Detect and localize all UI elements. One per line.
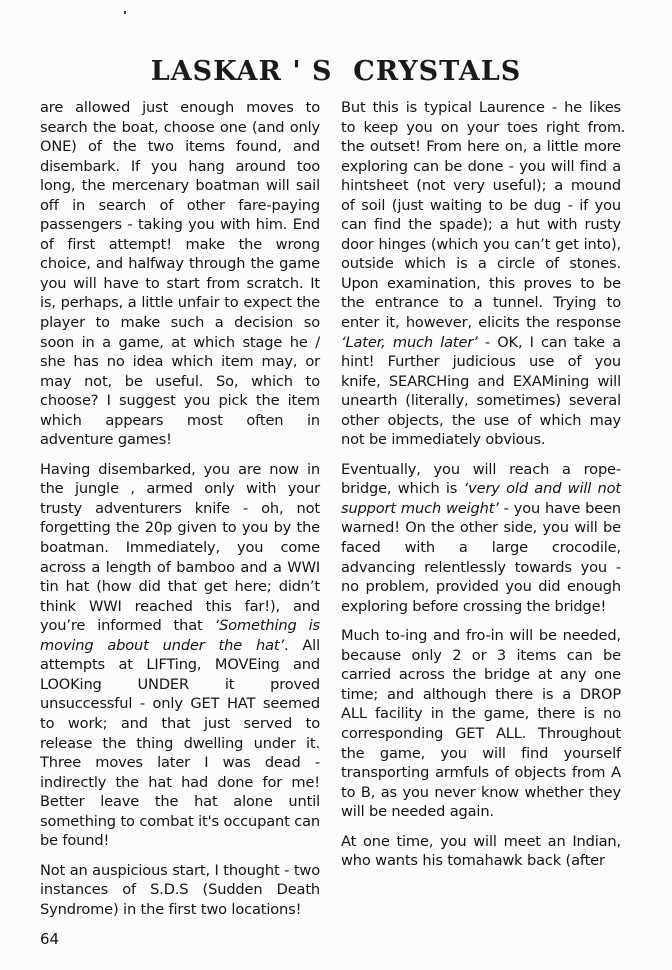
body-text: . All attempts at LIFTing, MOVEing and L… [40,637,320,849]
body-text: But this is typical Laurence - he likes … [341,99,621,331]
body-text: - you have been warned! On the other sid… [341,500,621,615]
page-number: 64 [40,930,59,949]
scan-speck [124,11,126,14]
body-text: Having disembarked, you are now in the j… [40,461,320,634]
body-text: Not an auspicious start, I thought - two… [40,862,320,918]
body-text: Much to-ing and fro-in will be needed, b… [341,627,621,820]
paragraph: are allowed just enough moves to search … [40,98,320,450]
paragraph: But this is typical Laurence - he likes … [341,98,621,450]
paragraph: Not an auspicious start, I thought - two… [40,861,320,920]
paragraph: Having disembarked, you are now in the j… [40,460,320,851]
paragraph: Eventually, you will reach a rope-bridge… [341,460,621,616]
body-text: are allowed just enough moves to search … [40,99,320,448]
right-column: But this is typical Laurence - he likes … [341,98,621,881]
body-text: At one time, you will meet an Indian, wh… [341,833,621,870]
left-column: are allowed just enough moves to search … [40,98,320,929]
scan-speck [622,130,624,132]
paragraph: At one time, you will meet an Indian, wh… [341,832,621,871]
paragraph: Much to-ing and fro-in will be needed, b… [341,626,621,821]
page-title: LASKAR ' S CRYSTALS [0,56,672,87]
quoted-game-text: ‘Later, much later’ [341,334,478,351]
